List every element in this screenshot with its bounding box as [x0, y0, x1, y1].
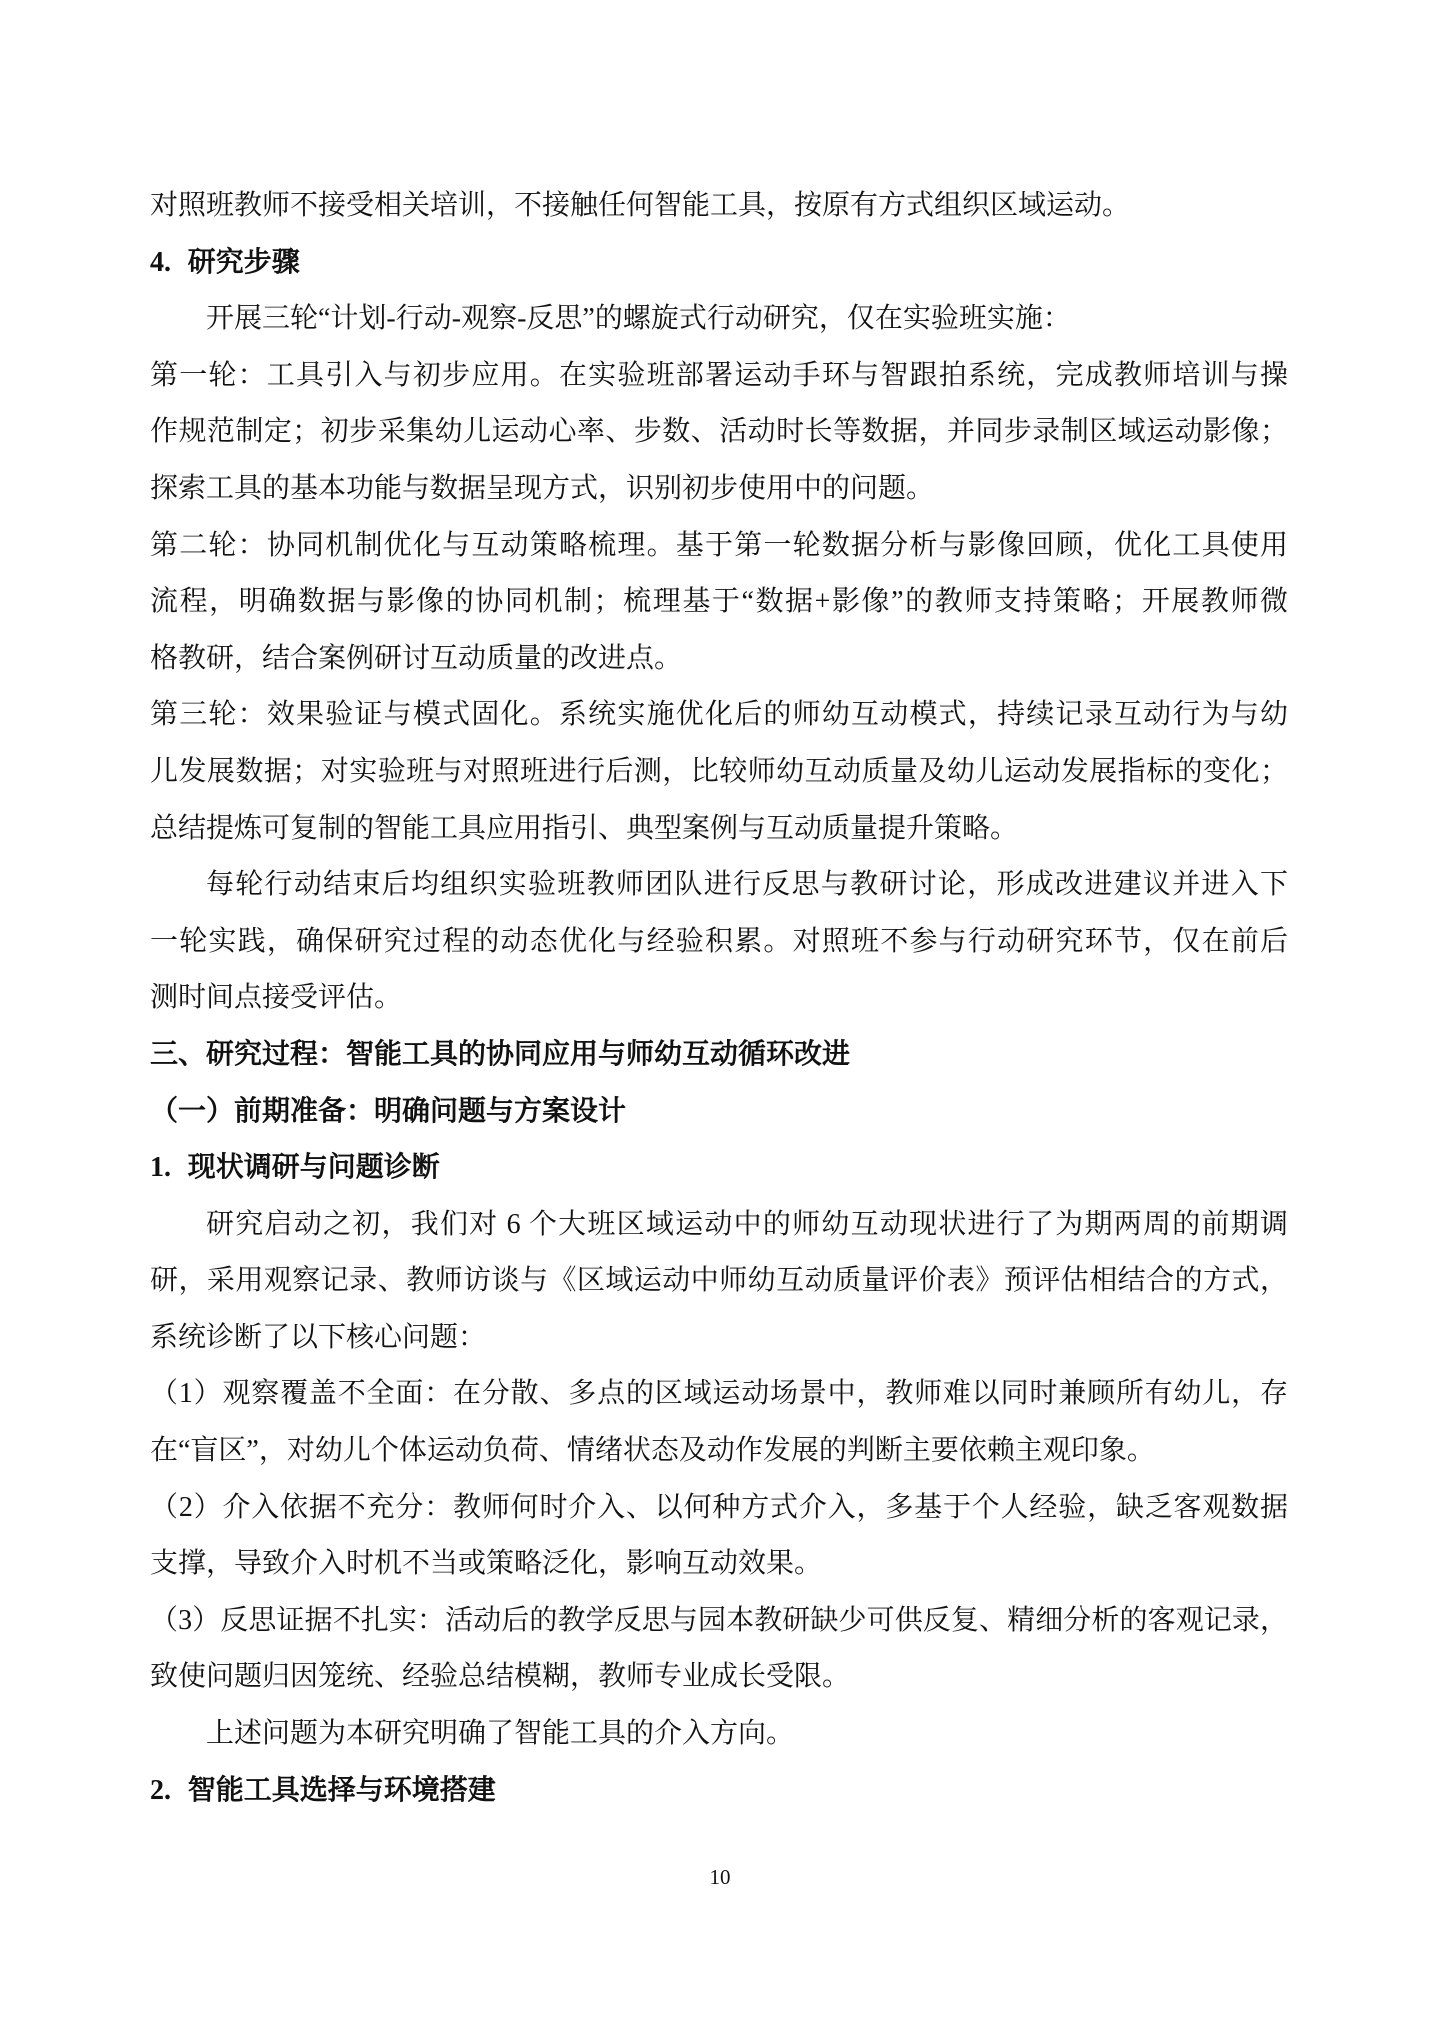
- text-line: （2）介入依据不充分：教师何时介入、以何种方式介入，多基于个人经验，缺乏客观数据: [150, 1480, 1288, 1537]
- heading-title: 现状调研与问题诊断: [188, 1152, 440, 1183]
- page-number: 10: [0, 1862, 1440, 1892]
- heading-title: 智能工具选择与环境搭建: [188, 1775, 496, 1806]
- text-line: 上述问题为本研究明确了智能工具的介入方向。: [150, 1706, 1288, 1763]
- text-line: 第三轮：效果验证与模式固化。系统实施优化后的师幼互动模式，持续记录互动行为与幼: [150, 687, 1288, 744]
- heading-title: 研究步骤: [188, 247, 300, 278]
- text-line: 支撑，导致介入时机不当或策略泛化，影响互动效果。: [150, 1536, 1288, 1593]
- text-line: （3）反思证据不扎实：活动后的教学反思与园本教研缺少可供反复、精细分析的客观记录…: [150, 1593, 1288, 1650]
- heading-number: 1.: [150, 1152, 171, 1183]
- text-line: 致使问题归因笼统、经验总结模糊，教师专业成长受限。: [150, 1649, 1288, 1706]
- text-line: 在“盲区”，对幼儿个体运动负荷、情绪状态及动作发展的判断主要依赖主观印象。: [150, 1423, 1288, 1480]
- text-line: 第二轮：协同机制优化与互动策略梳理。基于第一轮数据分析与影像回顾，优化工具使用: [150, 518, 1288, 575]
- text-line: 开展三轮“计划-行动-观察-反思”的螺旋式行动研究，仅在实验班实施：: [150, 291, 1288, 348]
- section-heading-1: 1.现状调研与问题诊断: [150, 1140, 1288, 1197]
- heading-number: 2.: [150, 1775, 171, 1806]
- text-line: 格教研，结合案例研讨互动质量的改进点。: [150, 631, 1288, 688]
- text-line: 探索工具的基本功能与数据呈现方式，识别初步使用中的问题。: [150, 461, 1288, 518]
- section-heading-three: 三、研究过程：智能工具的协同应用与师幼互动循环改进: [150, 1027, 1288, 1084]
- document-body: 对照班教师不接受相关培训，不接触任何智能工具，按原有方式组织区域运动。 4.研究…: [150, 178, 1288, 1819]
- text-line: 系统诊断了以下核心问题：: [150, 1310, 1288, 1367]
- text-line: 研究启动之初，我们对 6 个大班区域运动中的师幼互动现状进行了为期两周的前期调: [150, 1197, 1288, 1254]
- section-heading-one-paren: （一）前期准备：明确问题与方案设计: [150, 1084, 1288, 1141]
- text-line: 研，采用观察记录、教师访谈与《区域运动中师幼互动质量评价表》预评估相结合的方式，: [150, 1253, 1288, 1310]
- text-line: 第一轮：工具引入与初步应用。在实验班部署运动手环与智跟拍系统，完成教师培训与操: [150, 348, 1288, 405]
- text-line: 作规范制定；初步采集幼儿运动心率、步数、活动时长等数据，并同步录制区域运动影像；: [150, 404, 1288, 461]
- text-line: 儿发展数据；对实验班与对照班进行后测，比较师幼互动质量及幼儿运动发展指标的变化；: [150, 744, 1288, 801]
- document-page: 对照班教师不接受相关培训，不接触任何智能工具，按原有方式组织区域运动。 4.研究…: [0, 0, 1440, 2036]
- section-heading-2: 2.智能工具选择与环境搭建: [150, 1763, 1288, 1820]
- text-line: 对照班教师不接受相关培训，不接触任何智能工具，按原有方式组织区域运动。: [150, 178, 1288, 235]
- text-line: 总结提炼可复制的智能工具应用指引、典型案例与互动质量提升策略。: [150, 801, 1288, 858]
- heading-number: 4.: [150, 247, 171, 278]
- section-heading-4: 4.研究步骤: [150, 235, 1288, 292]
- text-line: 测时间点接受评估。: [150, 970, 1288, 1027]
- text-line: （1）观察覆盖不全面：在分散、多点的区域运动场景中，教师难以同时兼顾所有幼儿，存: [150, 1366, 1288, 1423]
- text-line: 一轮实践，确保研究过程的动态优化与经验积累。对照班不参与行动研究环节，仅在前后: [150, 914, 1288, 971]
- text-line: 流程，明确数据与影像的协同机制；梳理基于“数据+影像”的教师支持策略；开展教师微: [150, 574, 1288, 631]
- text-line: 每轮行动结束后均组织实验班教师团队进行反思与教研讨论，形成改进建议并进入下: [150, 857, 1288, 914]
